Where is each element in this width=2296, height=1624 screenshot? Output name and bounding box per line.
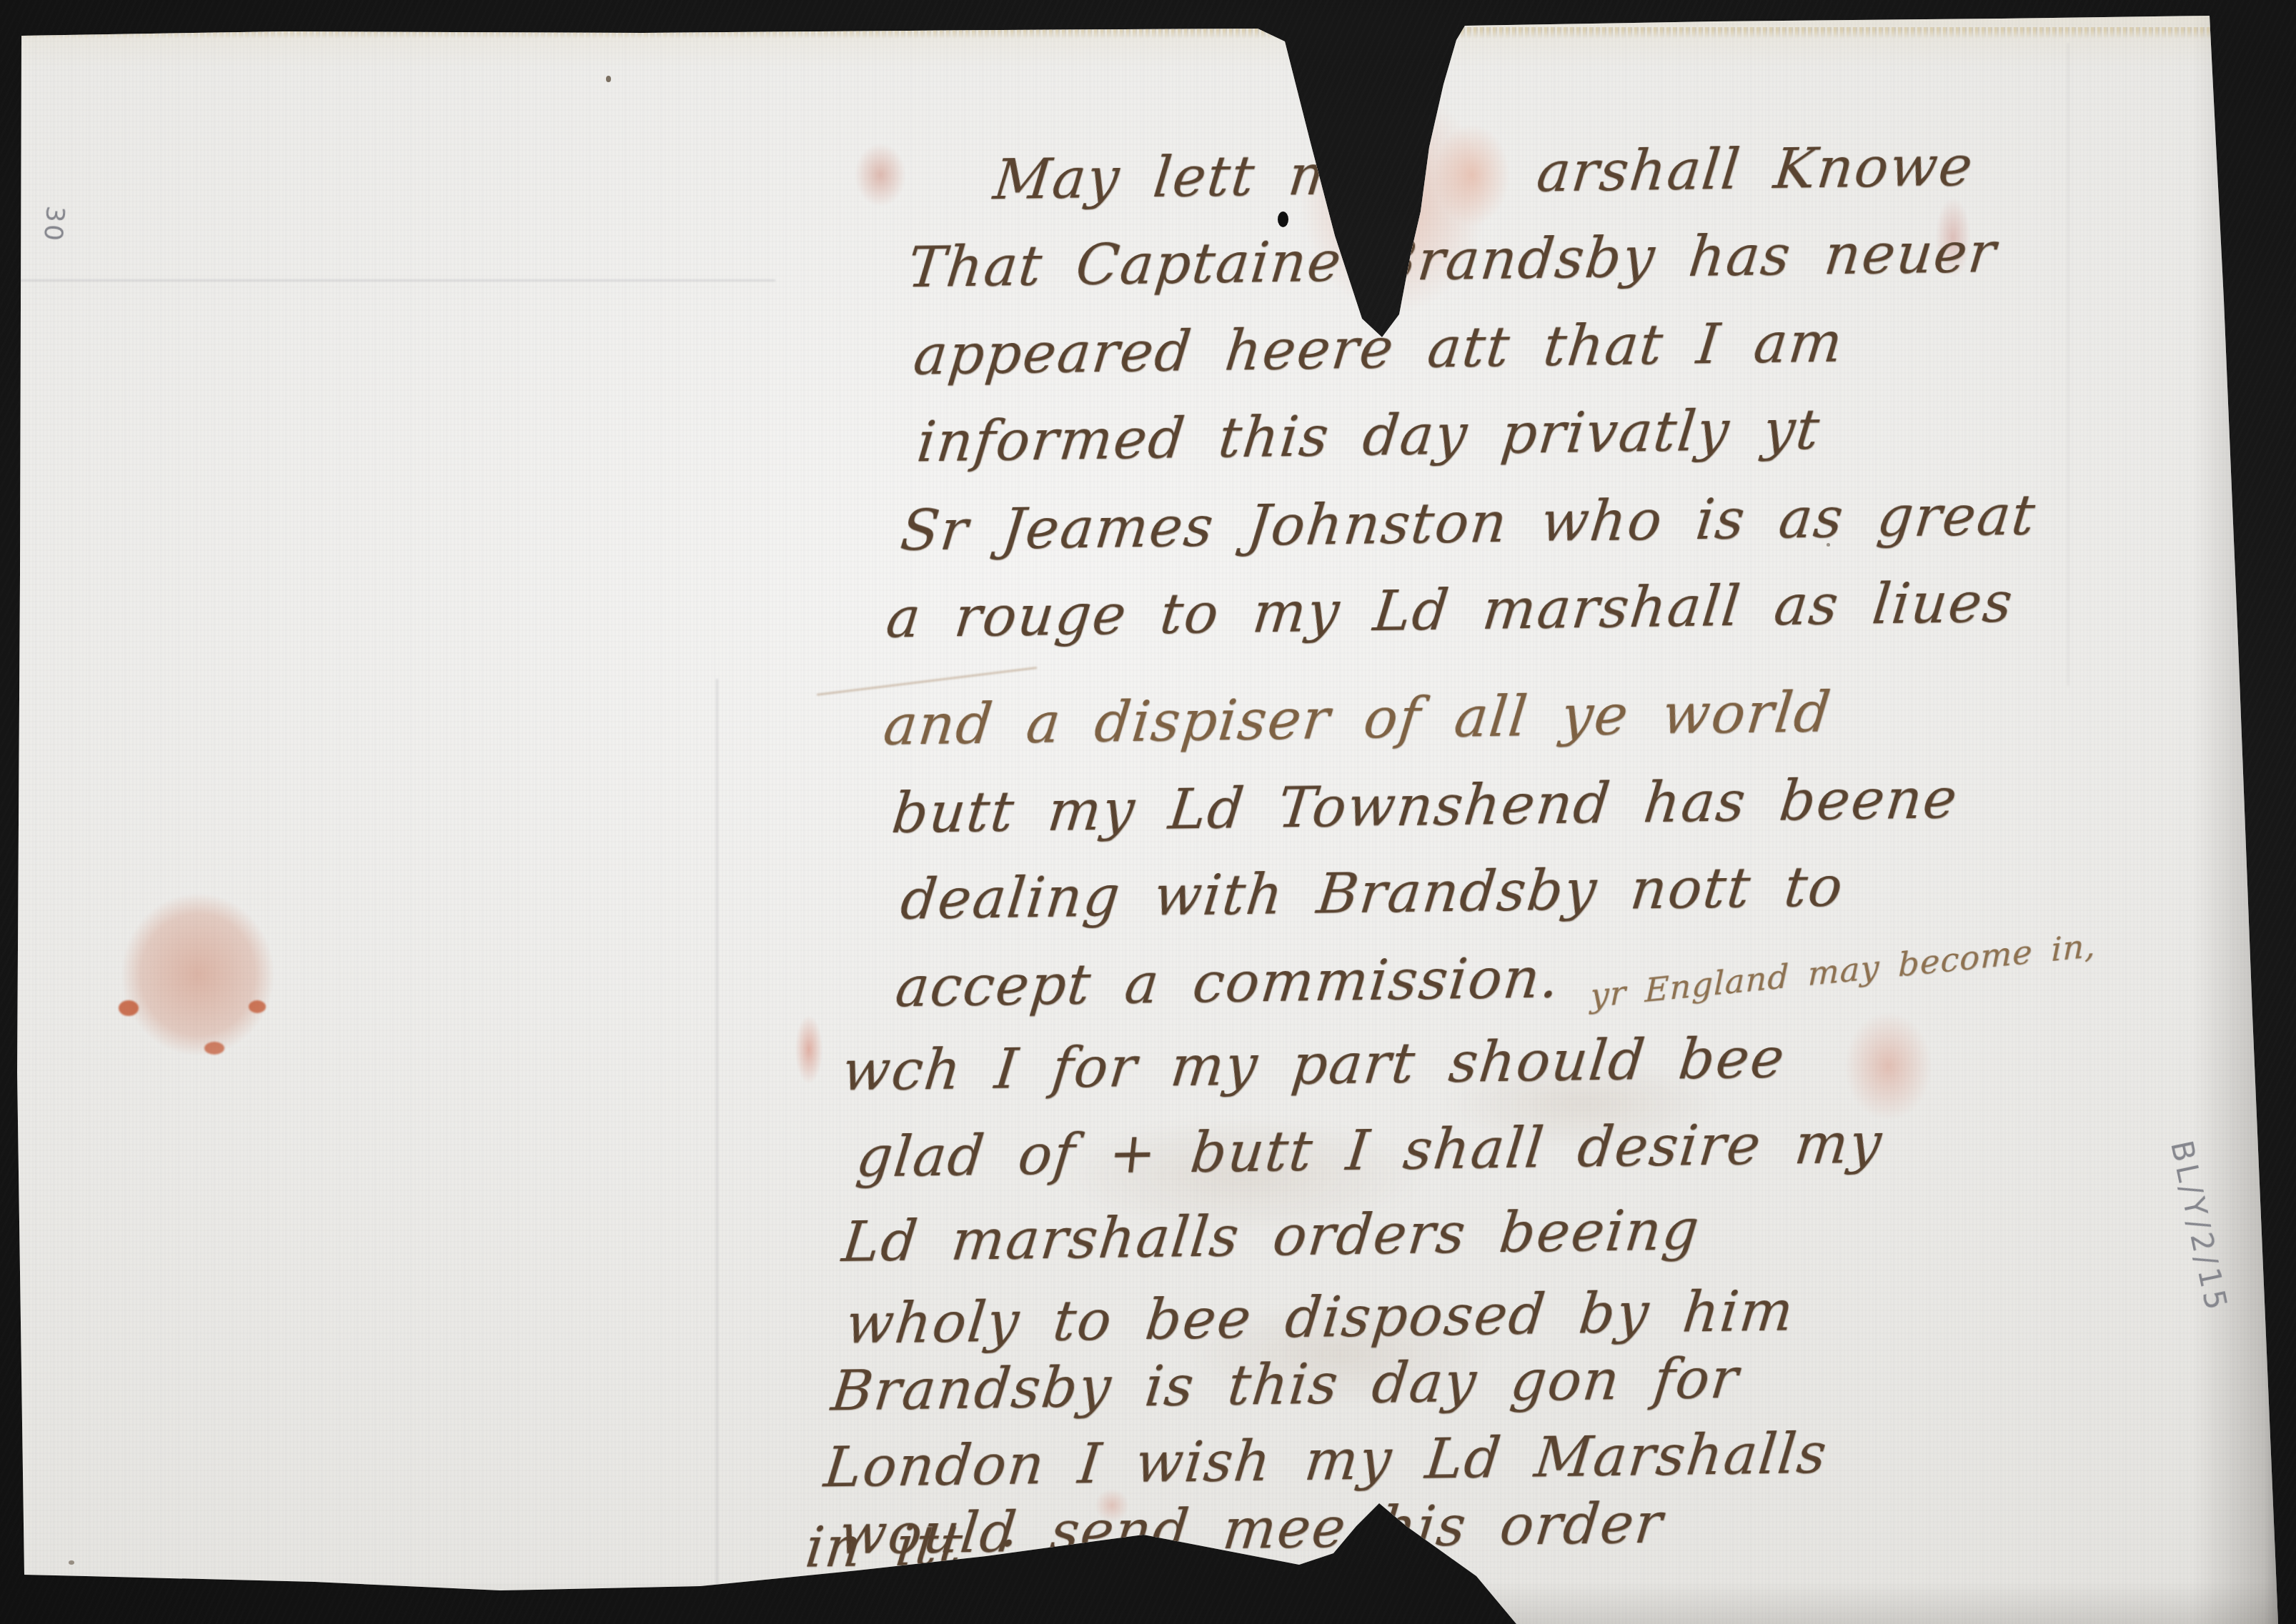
letter-line: Ld marshalls orders beeing — [839, 1199, 1703, 1275]
shelfmark-pencil: BL/Y/2/15 — [2164, 1137, 2235, 1316]
tear-speck — [1278, 211, 1288, 227]
letter-line: glad of + butt I shall desire my — [853, 1112, 1886, 1190]
seal-stain-top — [846, 133, 915, 217]
letter-line: That Captaine Brandsby has neuer — [905, 221, 2000, 300]
letter-line: informed this day privatly yt — [914, 398, 1824, 475]
folio-number-pencil: 30 — [38, 204, 70, 244]
seal-stain-small-mid — [790, 1004, 828, 1095]
letter-line: dealing with Brandsby nott to — [898, 855, 1847, 932]
photograph-of-letter: May lett myarshall Knowe That Captaine B… — [0, 0, 2296, 1624]
letter-line: Sr Jeames Johnston who is as great — [898, 484, 2039, 564]
letter-line: and a dispiser of all ye world — [880, 681, 1834, 758]
margin-note: yr England may become in, — [1590, 926, 2097, 1015]
letter-line-text: May lett my — [990, 143, 1380, 212]
letter-line: May lett myarshall Knowe — [990, 134, 1977, 212]
horizontal-crease — [18, 279, 775, 282]
letter-line-text: accept a commission. — [893, 947, 1564, 1020]
paper-speck — [606, 76, 611, 82]
diagonal-wrinkle — [817, 667, 1037, 696]
letter-line: a rouge to my Ld marshall as liues — [883, 571, 2017, 651]
letter-line: in itt : — [802, 1513, 1020, 1580]
letter-line: London I wish my Ld Marshalls — [821, 1422, 1831, 1500]
letter-line-text: arshall Knowe — [1534, 134, 1977, 205]
vertical-fold — [716, 679, 718, 1624]
letter-line: appeared heere att that I am — [910, 311, 1847, 388]
torn-top-edge-fringe — [20, 27, 2214, 39]
wax-stain-dot — [204, 1042, 224, 1055]
letter-paper: May lett myarshall Knowe That Captaine B… — [0, 0, 2296, 1624]
letter-line: wholy to bee disposed by him — [843, 1280, 1797, 1357]
letter-line: butt my Ld Townshend has beene — [889, 767, 1962, 847]
paper-speck — [69, 1560, 74, 1565]
letter-line: wch I for my part should bee — [839, 1027, 1789, 1104]
letter-line: Brandsby is this day gon for — [828, 1347, 1742, 1424]
tear-gap — [1374, 191, 1535, 194]
wax-stain-dot — [249, 1000, 266, 1013]
vertical-fold-right — [2067, 43, 2069, 686]
wax-stain-large-left — [94, 865, 302, 1085]
wax-stain-dot — [119, 1000, 139, 1016]
